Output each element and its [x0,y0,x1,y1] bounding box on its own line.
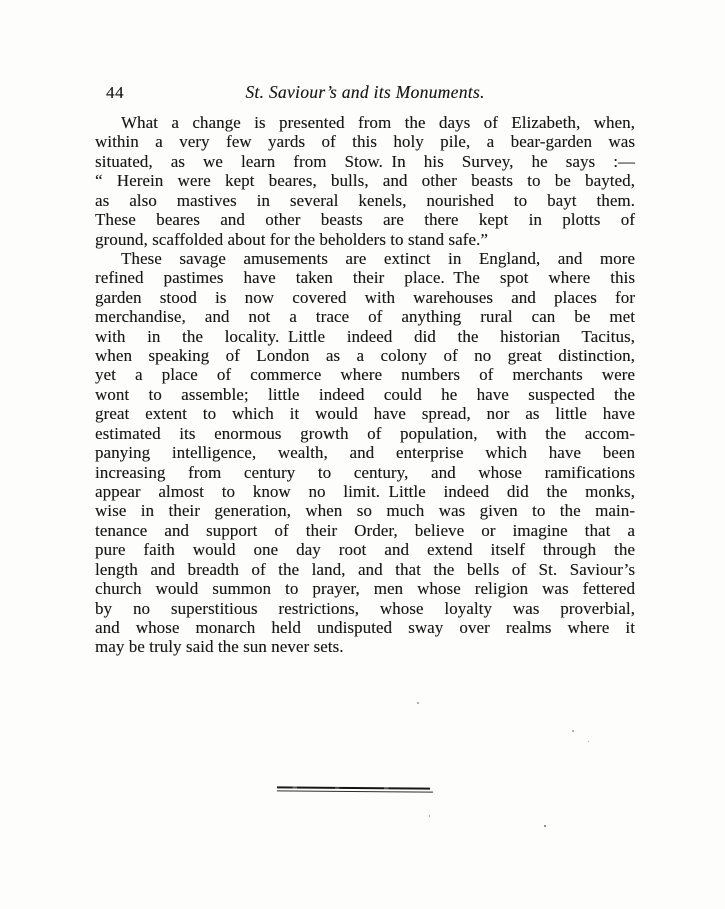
text-line: with in the locality. Little indeed did … [95,327,635,346]
text-line: These savage amusements are extinct in E… [95,249,635,268]
text-line: appear almost to know no limit. Little i… [95,482,635,501]
text-line: garden stood is now covered with warehou… [95,288,635,307]
page-body: What a change is presented from the days… [95,113,635,657]
text-line: tenance and support of their Order, beli… [95,521,635,540]
text-line: length and breadth of the land, and that… [95,560,635,579]
text-line: church would summon to prayer, men whose… [95,579,635,598]
end-rule-thick-line [277,786,430,789]
page-header: 44 St. Saviour’s and its Monuments. [95,82,635,104]
text-line: estimated its enormous growth of populat… [95,424,635,443]
text-line: increasing from century to century, and … [95,463,635,482]
text-line: within a very few yards of this holy pil… [95,132,635,151]
text-line: What a change is presented from the days… [95,113,635,132]
text-line: These beares and other beasts are there … [95,210,635,229]
end-rule-thin-line [277,790,433,792]
text-line: yet a place of commerce where numbers of… [95,365,635,384]
text-line: “ Herein were kept beares, bulls, and ot… [95,171,635,190]
end-rule [277,786,433,792]
text-line: merchandise, and not a trace of anything… [95,307,635,326]
text-line: ground, scaffolded about for the beholde… [95,230,635,249]
text-line: by no superstitious restrictions, whose … [95,599,635,618]
text-line: pure faith would one day root and extend… [95,540,635,559]
paragraph: What a change is presented from the days… [95,113,635,249]
text-line: wont to assemble; little indeed could he… [95,385,635,404]
scan-speck [588,741,589,742]
scan-speck [572,730,574,732]
text-line: situated, as we learn from Stow. In his … [95,152,635,171]
text-line: and whose monarch held undisputed sway o… [95,618,635,637]
text-line: panying intelligence, wealth, and enterp… [95,443,635,462]
running-title: St. Saviour’s and its Monuments. [95,82,635,103]
text-line: wise in their generation, when so much w… [95,501,635,520]
scan-speck [429,815,430,817]
book-page: 44 St. Saviour’s and its Monuments. What… [0,0,725,909]
page-number: 44 [106,83,124,103]
paragraph: These savage amusements are extinct in E… [95,249,635,657]
text-line: as also mastives in several kenels, nour… [95,191,635,210]
scan-speck [544,825,546,827]
text-line: may be truly said the sun never sets. [95,637,635,656]
text-line: great extent to which it would have spre… [95,404,635,423]
text-line: when speaking of London as a colony of n… [95,346,635,365]
scan-speck [417,702,419,704]
text-line: refined pastimes have taken their place.… [95,268,635,287]
